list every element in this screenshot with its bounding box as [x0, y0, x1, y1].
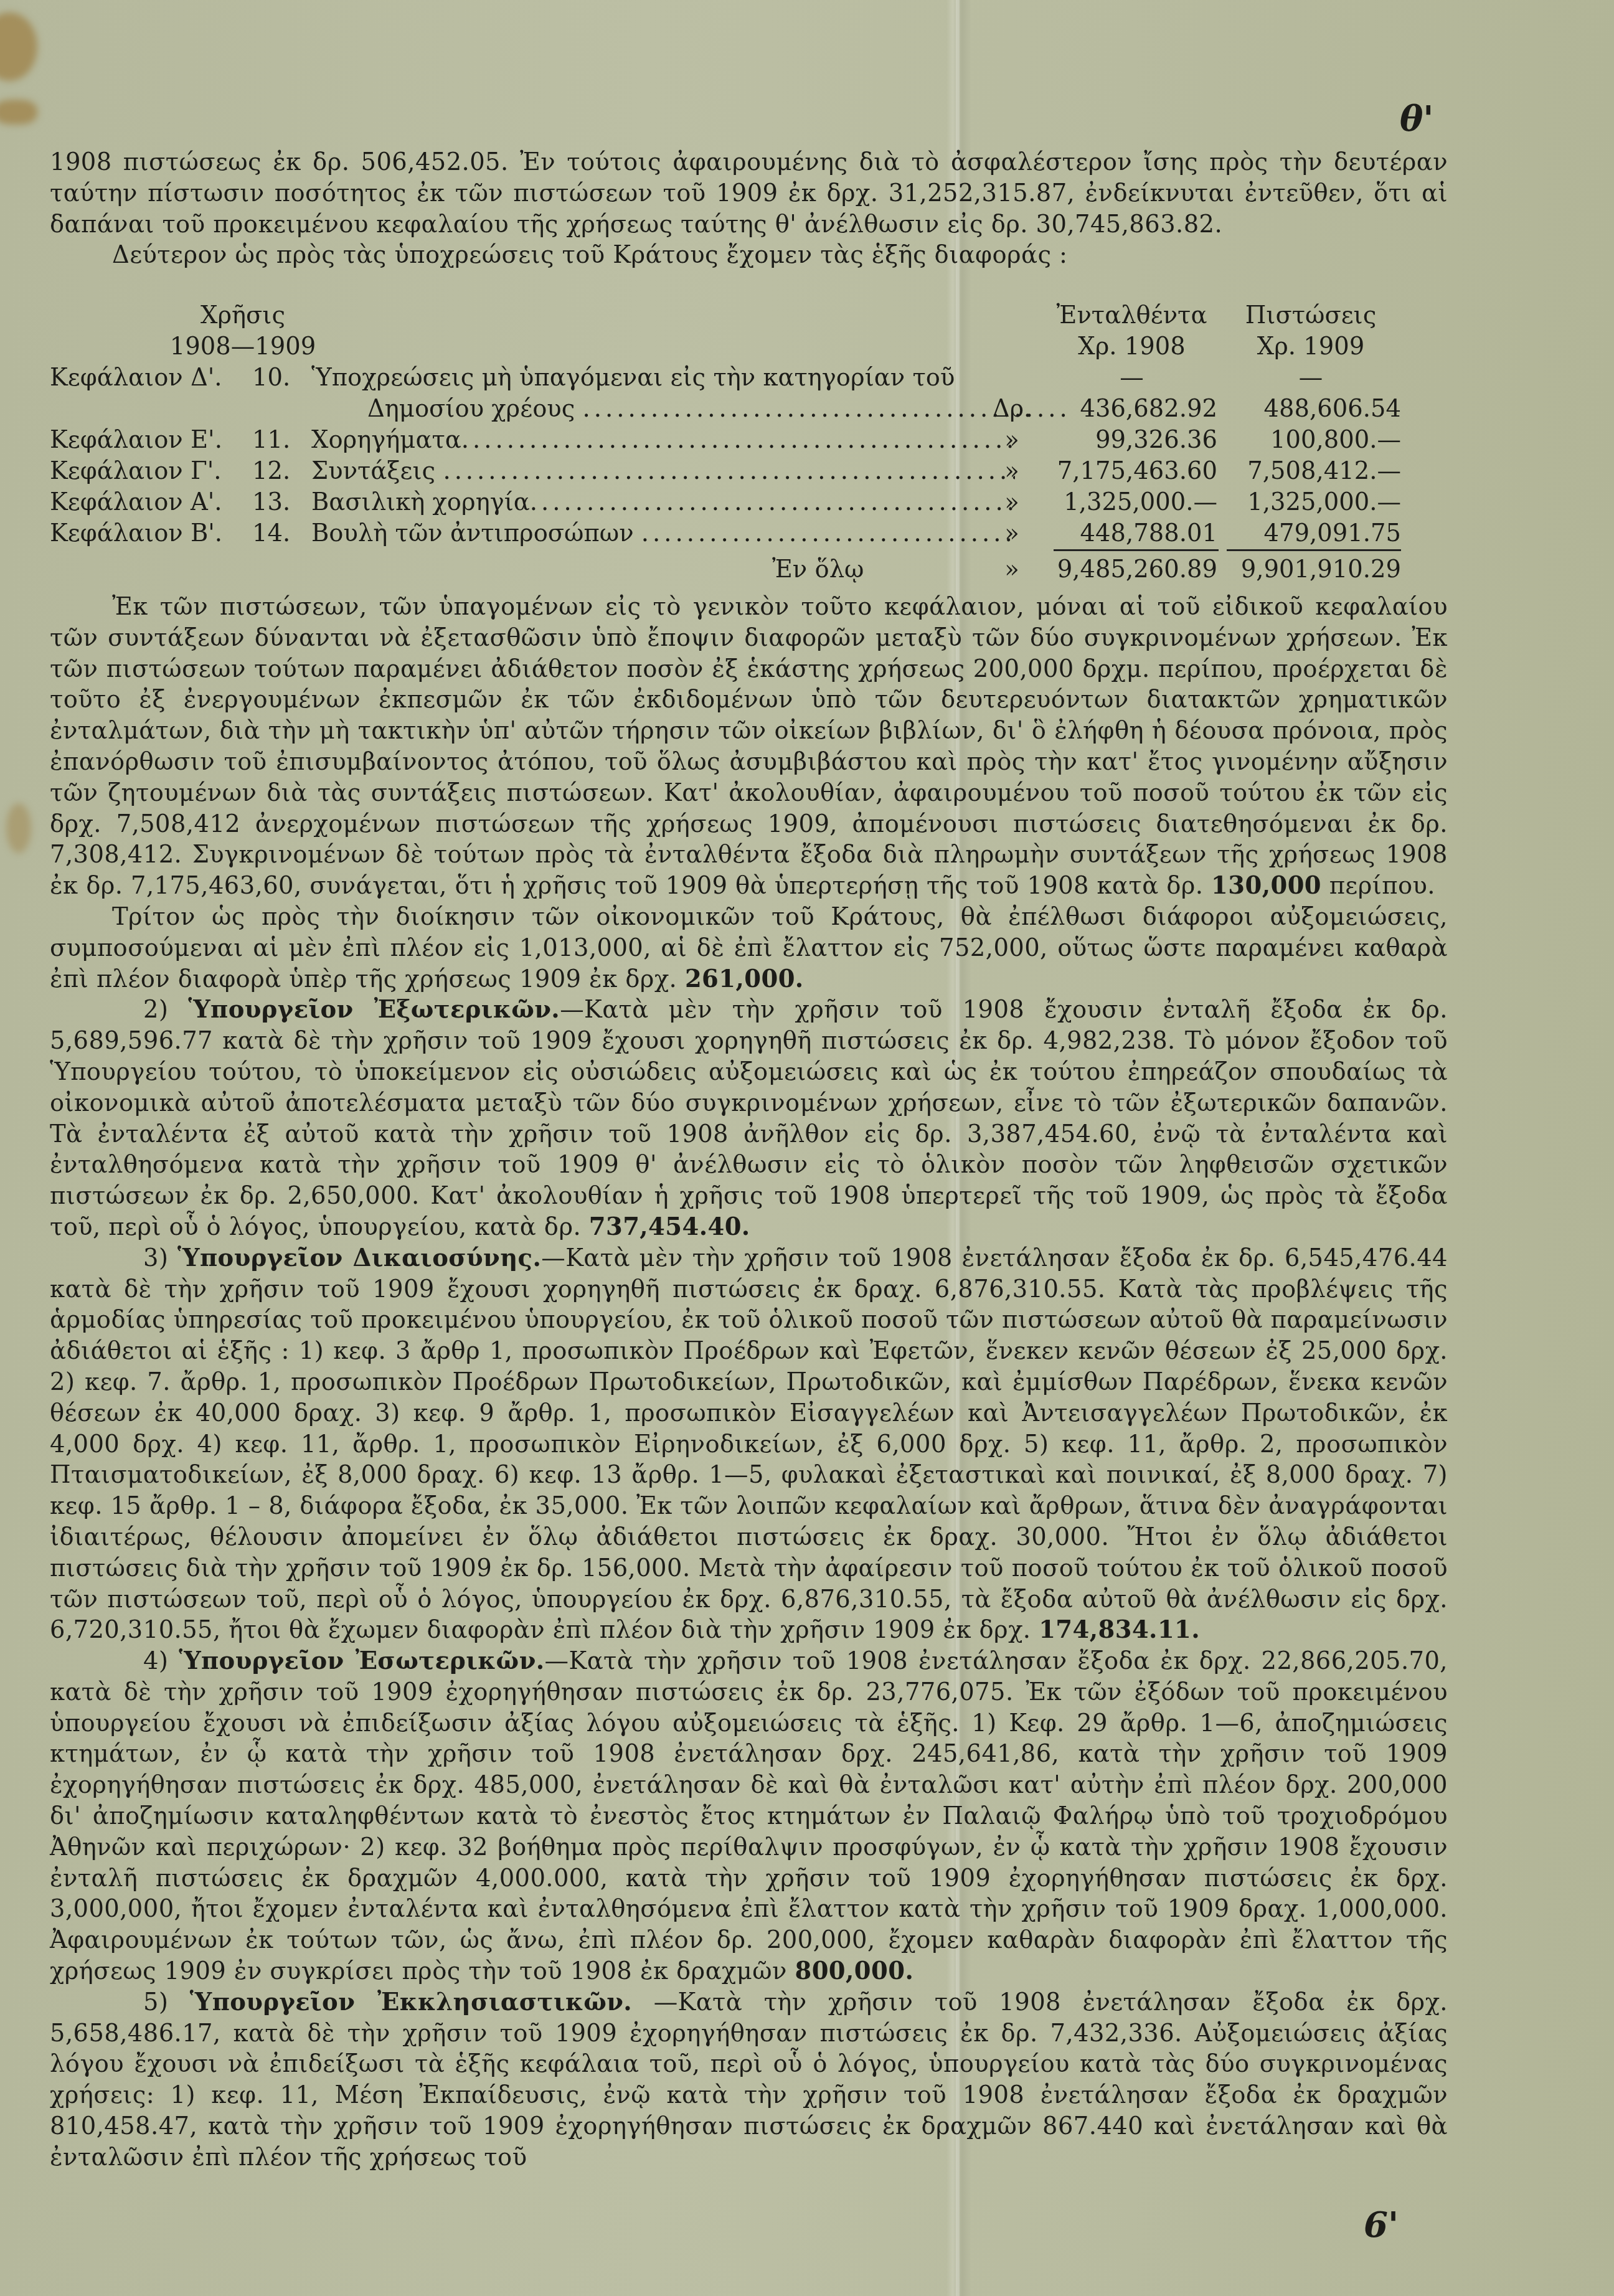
ditto-mark: » [984, 425, 1040, 456]
table-row: Δημοσίου χρέους ........................… [50, 394, 1448, 425]
sum-rule [1227, 549, 1401, 551]
table-row: Κεφάλαιον Β'. 14. Βουλὴ τῶν ἀντιπροσώπων… [50, 518, 1448, 549]
item-number: 13. [252, 487, 290, 518]
value-1908: 99,326.36 [1046, 425, 1217, 456]
ditto-mark: » [984, 554, 1040, 585]
section-title: Ὑπουργεῖον Ἐξωτερικῶν. [188, 996, 560, 1024]
paragraph-pensions: Ἐκ τῶν πιστώσεων, τῶν ὑπαγομένων εἰς τὸ … [50, 592, 1448, 902]
page-letter-bottom: 6' [1364, 2204, 1399, 2246]
total-1909: 9,901,910.29 [1220, 554, 1401, 585]
value-1908: 448,788.01 [1046, 518, 1217, 549]
section-foreign-affairs: 2) Ὑπουργεῖον Ἐξωτερικῶν.—Κατὰ μὲν τὴν χ… [50, 994, 1448, 1242]
ditto-mark: » [984, 487, 1040, 518]
table-row: Κεφάλαιον Δ'. 10. Ὑποχρεώσεις μὴ ὑπαγόμε… [50, 362, 1448, 394]
item-description: Ὑποχρεώσεις μὴ ὑπαγόμεναι εἰς τὴν κατηγο… [311, 362, 1015, 394]
chapter-label: Κεφάλαιον Γ'. [50, 456, 222, 487]
item-description: Βασιλικὴ χορηγία........................… [311, 487, 1015, 518]
sum-rule-row [50, 549, 1448, 554]
ditto-mark: » [984, 518, 1040, 549]
total-label: Ἐν ὅλῳ [772, 554, 864, 585]
item-description: Συντάξεις ..............................… [311, 456, 1015, 487]
table-header-row: 1908—1909 Χρ. 1908 Χρ. 1909 [50, 331, 1448, 362]
chapter-label: Κεφάλαιον Ε'. [50, 425, 222, 456]
paragraph-finance-admin: Τρίτον ὡς πρὸς τὴν διοίκησιν τῶν οἰκονομ… [50, 902, 1448, 994]
section-title: Ὑπουργεῖον Ἐσωτερικῶν. [179, 1647, 544, 1675]
section-ecclesiastical: 5) Ὑπουργεῖον Ἐκκλησιαστικῶν. —Κατὰ τὴν … [50, 1987, 1448, 2173]
period-years: 1908—1909 [162, 331, 324, 362]
table-header-row: Χρῆσις Ἐνταλθέντα Πιστώσεις [50, 300, 1448, 331]
sum-rule [1054, 549, 1219, 551]
value-1908: 1,325,000.— [1046, 487, 1217, 518]
value-1909: 1,325,000.— [1220, 487, 1401, 518]
value-1909: 100,800.— [1220, 425, 1401, 456]
body-text: Ἐκ τῶν πιστώσεων, τῶν ὑπαγομένων εἰς τὸ … [50, 592, 1448, 2173]
value-1909: 479,091.75 [1220, 518, 1401, 549]
intro-paragraph: 1908 πιστώσεως ἐκ δρ. 506,452.05. Ἐν τού… [50, 147, 1448, 240]
value-1909: 488,606.54 [1220, 394, 1401, 425]
currency-unit: Δρ. [984, 394, 1040, 425]
value-1908: 7,175,463.60 [1046, 456, 1217, 487]
item-number: 10. [252, 362, 290, 394]
table-row: Κεφάλαιον Γ'. 12. Συντάξεις ............… [50, 456, 1448, 487]
total-1908: 9,485,260.89 [1046, 554, 1217, 585]
item-description: Βουλὴ τῶν ἀντιπροσώπων .................… [311, 518, 1015, 549]
paper-stain [6, 803, 31, 853]
obligations-table: Χρῆσις Ἐνταλθέντα Πιστώσεις 1908—1909 Χρ… [50, 300, 1448, 585]
item-number: 12. [252, 456, 290, 487]
chapter-label: Κεφάλαιον Β'. [50, 518, 222, 549]
page-letter-top: θ' [1400, 98, 1434, 139]
section-justice: 3) Ὑπουργεῖον Δικαιοσύνης.—Κατὰ μὲν τὴν … [50, 1243, 1448, 1646]
intro-block: 1908 πιστώσεως ἐκ δρ. 506,452.05. Ἐν τού… [50, 147, 1448, 271]
value-1909: — [1220, 362, 1401, 394]
value-1909: 7,508,412.— [1220, 456, 1401, 487]
col-b-title: Πιστώσεις [1220, 300, 1401, 331]
ditto-mark: » [984, 456, 1040, 487]
item-description: Χορηγήματα..............................… [311, 425, 1015, 456]
value-1908: 436,682.92 [1046, 394, 1217, 425]
item-description: Δημοσίου χρέους ........................… [311, 394, 1071, 425]
table-row: Κεφάλαιον Ε'. 11. Χορηγήματα............… [50, 425, 1448, 456]
chapter-label: Κεφάλαιον Δ'. [50, 362, 222, 394]
value-1908: — [1046, 362, 1217, 394]
second-heading: Δεύτερον ὡς πρὸς τὰς ὑποχρεώσεις τοῦ Κρά… [50, 240, 1448, 271]
chapter-label: Κεφάλαιον Α'. [50, 487, 222, 518]
col-a-title: Ἐνταλθέντα [1046, 300, 1217, 331]
paper-stain [0, 100, 37, 125]
section-interior: 4) Ὑπουργεῖον Ἐσωτερικῶν.—Κατὰ τὴν χρῆσι… [50, 1646, 1448, 1987]
item-number: 14. [252, 518, 290, 549]
col-a-year: Χρ. 1908 [1046, 331, 1217, 362]
item-number: 11. [252, 425, 290, 456]
paper-stain [0, 12, 37, 81]
period-label: Χρῆσις [162, 300, 324, 331]
section-title: Ὑπουργεῖον Δικαιοσύνης. [177, 1244, 541, 1272]
table-row: Κεφάλαιον Α'. 13. Βασιλικὴ χορηγία......… [50, 487, 1448, 518]
table-total-row: Ἐν ὅλῳ » 9,485,260.89 9,901,910.29 [50, 554, 1448, 585]
col-b-year: Χρ. 1909 [1220, 331, 1401, 362]
section-title: Ὑπουργεῖον Ἐκκλησιαστικῶν. [190, 1988, 632, 2016]
